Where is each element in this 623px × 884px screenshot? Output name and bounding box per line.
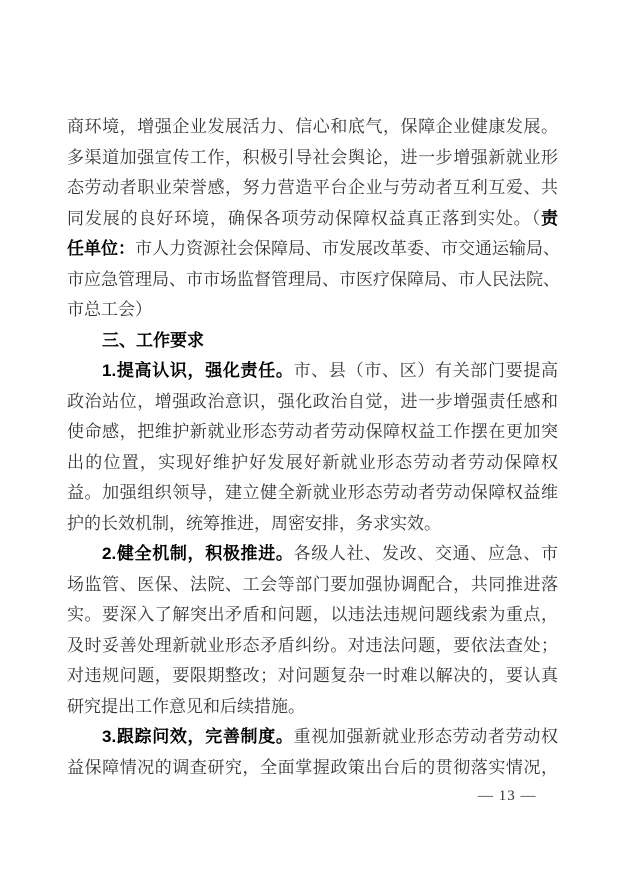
text-line: 对违规问题，要限期整改；对问题复杂一时难以解决的，要认真 bbox=[67, 661, 558, 692]
text-run: 市应急管理局、市市场监督管理局、市医疗保障局、市人民法院、 bbox=[67, 270, 560, 289]
text-line: 益。加强组织领导，建立健全新就业形态劳动者劳动保障权益维 bbox=[67, 478, 558, 509]
text-line: 态劳动者职业荣誉感，努力营造平台企业与劳动者互利互爱、共 bbox=[67, 173, 558, 204]
text-line: 市总工会） bbox=[67, 295, 558, 326]
text-line: 多渠道加强宣传工作，积极引导社会舆论，进一步增强新就业形 bbox=[67, 143, 558, 174]
text-run: 重视加强新就业形态劳动者劳动权 bbox=[294, 727, 558, 746]
text-line: 出的位置，实现好维护好发展好新就业形态劳动者劳动保障权 bbox=[67, 448, 558, 479]
bold-text-run: 责 bbox=[541, 209, 558, 228]
text-line: 益保障情况的调查研究，全面掌握政策出台后的贯彻落实情况， bbox=[67, 753, 558, 784]
text-run: 同发展的良好环境，确保各项劳动保障权益真正落到实处。（ bbox=[67, 209, 541, 228]
bold-text-run: 2.健全机制，积极推进。 bbox=[102, 544, 294, 563]
text-line: 使命感，把维护新就业形态劳动者劳动保障权益工作摆在更加突 bbox=[67, 417, 558, 448]
text-run: 市、县（市、区）有关部门要提高 bbox=[294, 361, 558, 380]
text-run: 场监管、医保、法院、工会等部门要加强协调配合，共同推进落 bbox=[67, 575, 558, 594]
text-run: 市总工会） bbox=[67, 300, 152, 319]
text-line: 三、工作要求 bbox=[67, 326, 558, 357]
bold-text-run: 三、工作要求 bbox=[102, 331, 204, 350]
bold-text-run: 3.跟踪问效，完善制度。 bbox=[102, 727, 294, 746]
document-page: 商环境，增强企业发展活力、信心和底气，保障企业健康发展。多渠道加强宣传工作，积极… bbox=[0, 0, 623, 884]
page-number: — 13 — bbox=[478, 788, 537, 805]
text-run: 出的位置，实现好维护好发展好新就业形态劳动者劳动保障权 bbox=[67, 453, 558, 472]
text-line: 研究提出工作意见和后续措施。 bbox=[67, 692, 558, 723]
text-run: 商环境，增强企业发展活力、信心和底气，保障企业健康发展。 bbox=[67, 117, 558, 136]
text-line: 同发展的良好环境，确保各项劳动保障权益真正落到实处。（责 bbox=[67, 204, 558, 235]
text-line: 1.提高认识，强化责任。市、县（市、区）有关部门要提高 bbox=[67, 356, 558, 387]
text-run: 态劳动者职业荣誉感，努力营造平台企业与劳动者互利互爱、共 bbox=[67, 178, 558, 197]
text-run: 护的长效机制，统筹推进，周密安排，务求实效。 bbox=[67, 514, 441, 533]
text-line: 场监管、医保、法院、工会等部门要加强协调配合，共同推进落 bbox=[67, 570, 558, 601]
text-line: 市应急管理局、市市场监督管理局、市医疗保障局、市人民法院、 bbox=[67, 265, 558, 296]
text-run: 政治站位，增强政治意识，强化政治自觉，进一步增强责任感和 bbox=[67, 392, 558, 411]
text-line: 2.健全机制，积极推进。各级人社、发改、交通、应急、市 bbox=[67, 539, 558, 570]
text-run: 研究提出工作意见和后续措施。 bbox=[67, 697, 305, 716]
text-run: 多渠道加强宣传工作，积极引导社会舆论，进一步增强新就业形 bbox=[67, 148, 558, 167]
text-run: 益。加强组织领导，建立健全新就业形态劳动者劳动保障权益维 bbox=[67, 483, 558, 502]
text-run: 各级人社、发改、交通、应急、市 bbox=[294, 544, 558, 563]
text-run: 及时妥善处理新就业形态矛盾纠纷。对违法问题，要依法查处； bbox=[67, 636, 558, 655]
document-body: 商环境，增强企业发展活力、信心和底气，保障企业健康发展。多渠道加强宣传工作，积极… bbox=[67, 112, 558, 783]
text-line: 3.跟踪问效，完善制度。重视加强新就业形态劳动者劳动权 bbox=[67, 722, 558, 753]
text-line: 实。要深入了解突出矛盾和问题，以违法违规问题线索为重点， bbox=[67, 600, 558, 631]
bold-text-run: 任单位： bbox=[67, 239, 135, 258]
text-line: 及时妥善处理新就业形态矛盾纠纷。对违法问题，要依法查处； bbox=[67, 631, 558, 662]
bold-text-run: 1.提高认识，强化责任。 bbox=[102, 361, 294, 380]
text-line: 商环境，增强企业发展活力、信心和底气，保障企业健康发展。 bbox=[67, 112, 558, 143]
text-run: 实。要深入了解突出矛盾和问题，以违法违规问题线索为重点， bbox=[67, 605, 558, 624]
text-run: 益保障情况的调查研究，全面掌握政策出台后的贯彻落实情况， bbox=[67, 758, 558, 777]
text-line: 政治站位，增强政治意识，强化政治自觉，进一步增强责任感和 bbox=[67, 387, 558, 418]
text-line: 护的长效机制，统筹推进，周密安排，务求实效。 bbox=[67, 509, 558, 540]
text-run: 市人力资源社会保障局、市发展改革委、市交通运输局、 bbox=[135, 239, 560, 258]
text-line: 任单位：市人力资源社会保障局、市发展改革委、市交通运输局、 bbox=[67, 234, 558, 265]
text-run: 使命感，把维护新就业形态劳动者劳动保障权益工作摆在更加突 bbox=[67, 422, 558, 441]
text-run: 对违规问题，要限期整改；对问题复杂一时难以解决的，要认真 bbox=[67, 666, 558, 685]
